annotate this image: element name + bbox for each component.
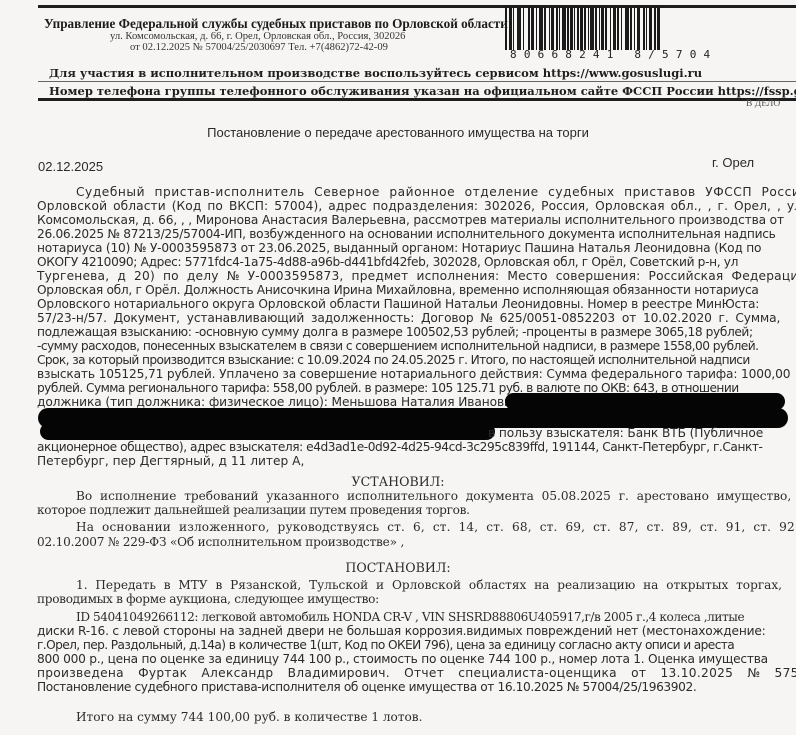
intro-line: -сумму расходов, понесенных взыскателем … [37,339,758,353]
intro-line: подлежащая взысканию: -основную сумму до… [37,325,753,339]
document-reference: от 02.12.2025 № 57004/25/2030697 Тел. +7… [130,42,388,53]
phone-notice: Номер телефона группы телефонного обслуж… [49,84,796,98]
intro-line: должника (тип должника: физическое лицо)… [37,395,523,409]
property-line: ID 54041049266112: легковой автомобиль H… [76,610,744,624]
notice-divider [38,81,796,82]
redaction-bar [40,423,495,440]
barcode [505,6,745,50]
intro-line: ОКОГУ 4210090; Адрес: 5771fdc4-1a75-4d88… [37,255,738,269]
established-line: которое подлежит дальнейшей реализации п… [37,503,470,517]
barcode-number: 80668241 8/5704 [510,48,717,61]
document-date: 02.12.2025 [38,159,103,174]
document-city: г. Орел [712,155,754,170]
intro-line: Судебный пристав-исполнитель Северное ра… [76,185,796,199]
resolved-heading: ПОСТАНОВИЛ: [0,560,796,575]
organization-name: Управление Федеральной службы судебных п… [44,16,508,32]
creditor-line: акционерное общество), адрес взыскателя:… [37,440,762,454]
intro-line: нотариуса (10) № У-0003595873 от 23.06.2… [37,241,761,255]
established-line: На основании изложенного, руководствуясь… [76,520,796,534]
creditor-line: Петербург, пер Дегтярный, д 11 литер А, [37,454,304,468]
established-line: Во исполнение требований указанного испо… [76,489,791,503]
intro-line: Комсомольская, д. 66, , , Миронова Анаст… [37,213,784,227]
organization-address: ул. Комсомольская, д. 66, г. Орел, Орлов… [110,31,405,42]
total-line: Итого на сумму 744 100,00 руб. в количес… [76,710,422,724]
document-page: Управление Федеральной службы судебных п… [0,0,796,735]
established-line: 02.10.2007 № 229-ФЗ «Об исполнительном п… [37,535,404,549]
intro-line: 26.06.2025 № 87213/25/57004-ИП, возбужде… [37,227,776,241]
resolved-line: 1. Передать в МТУ в Рязанской, Тульской … [76,578,782,592]
intro-line: взыскать 105125,71 рублей. Уплачено за с… [37,367,790,381]
gosuslugi-notice: Для участия в исполнительном производств… [49,66,702,80]
intro-line: 57/23-н/57. Документ, устанавливающий за… [37,311,780,325]
property-line: Постановление судебного пристава-исполни… [37,680,696,694]
intro-line: Орловская обл, г Орёл. Должность Анисочк… [37,283,759,297]
intro-line: Орловского нотариального округа Орловско… [37,297,759,311]
file-stamp: В ДЕЛО [746,99,780,109]
creditor-line: в пользу взыскателя: Банк ВТБ (Публичное [488,426,763,440]
header-bottom-rule [38,98,796,101]
intro-line: Срок, за который производится взыскание:… [37,353,750,367]
document-title: Постановление о передаче арестованного и… [0,125,796,140]
property-line: г.Орел, пер. Раздольный, д.14а) в количе… [37,638,734,652]
property-line: 800 000 р., цена по оценке за единицу 74… [37,652,768,666]
intro-line: Орловской области (Код по ВКСП: 57004), … [37,199,796,213]
property-line: произведена Фуртак Александр Владимирови… [37,666,796,680]
established-heading: УСТАНОВИЛ: [0,474,796,489]
property-line: диски R-16. с левой стороны на задней дв… [37,624,766,638]
intro-line: Тургенева, д 20) по делу № У-0003595873,… [37,269,796,283]
resolved-line: проводимых в форме аукциона, следующее и… [37,592,379,606]
